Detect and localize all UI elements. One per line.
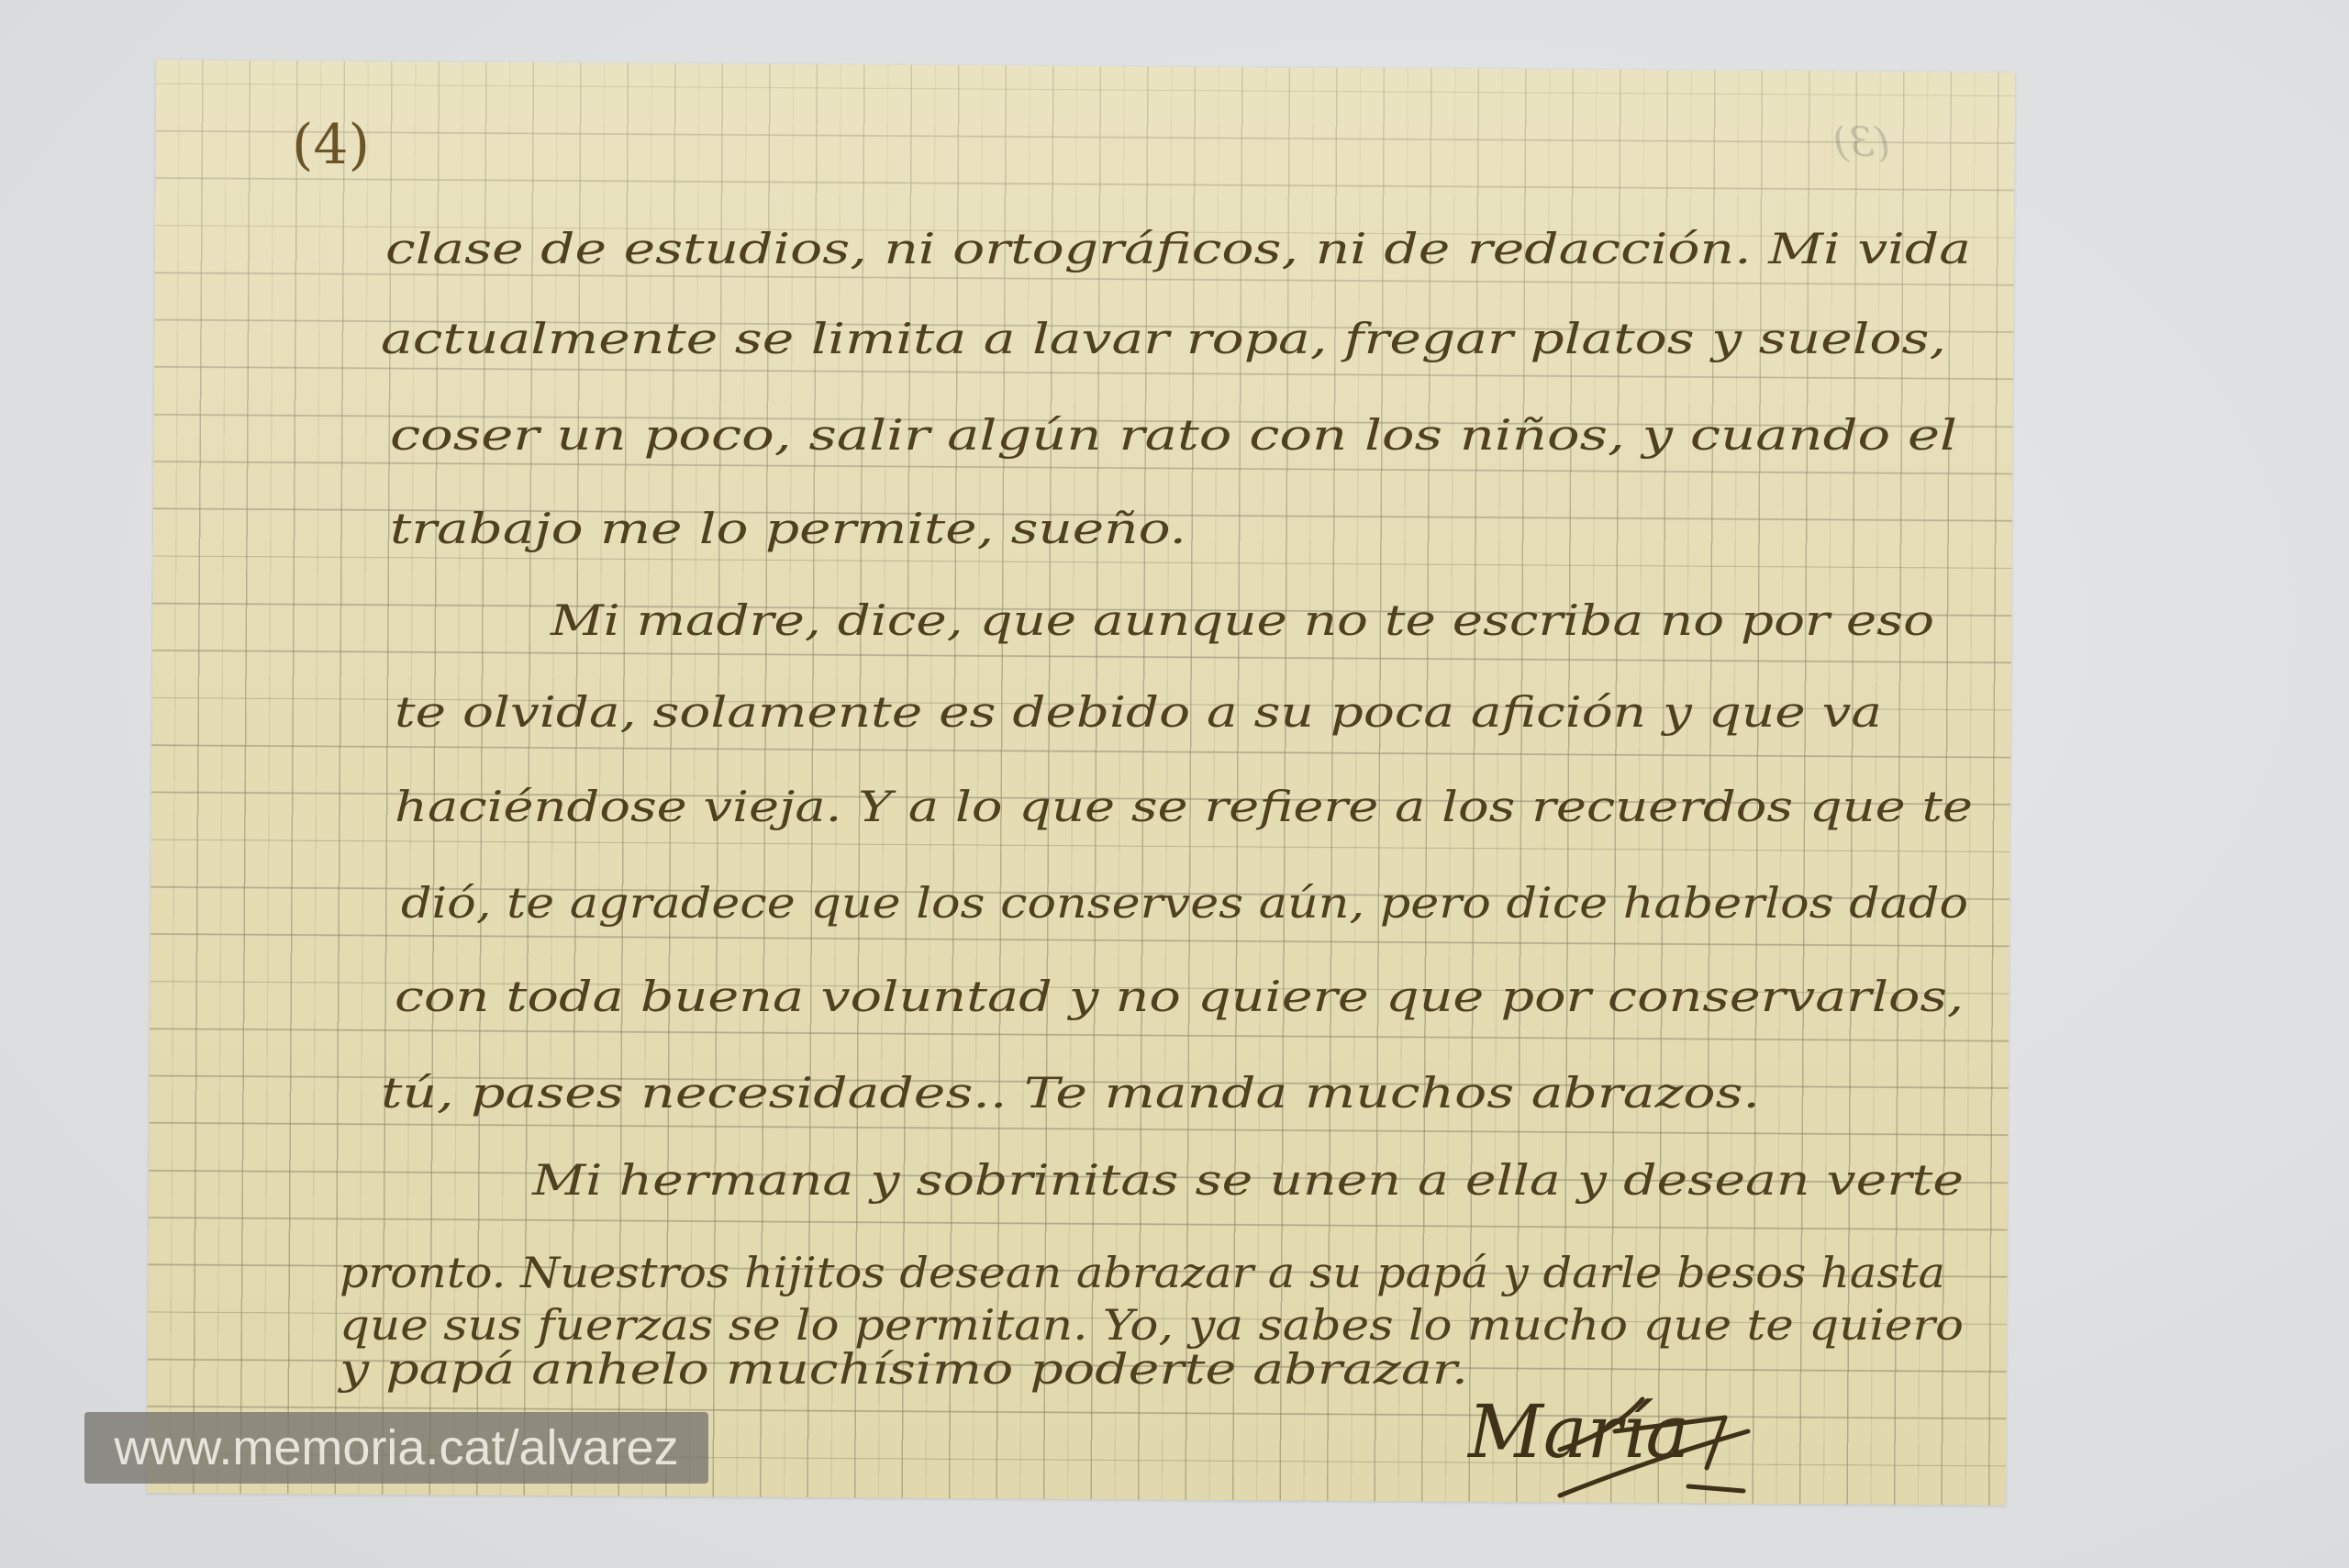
letter-line-6: te olvida, solamente es debido a su poca… xyxy=(395,687,1882,737)
letter-line-4: trabajo me lo permite, sueño. xyxy=(390,504,1186,553)
letter-line-3: coser un poco, salir algún rato con los … xyxy=(390,410,1957,460)
letter-line-14: y papá anhelo muchísimo poderte abrazar. xyxy=(338,1344,1468,1394)
watermark-text: www.memoria.cat/alvarez xyxy=(114,1419,678,1476)
watermark-banner: www.memoria.cat/alvarez xyxy=(84,1412,708,1484)
handwriting-layer: (3) (4) clase de estudios, ni ortográfic… xyxy=(0,0,2349,1568)
letter-line-7: haciéndose vieja. Y a lo que se refiere … xyxy=(395,782,1973,831)
scanned-letter-scene: (3) (4) clase de estudios, ni ortográfic… xyxy=(0,0,2349,1568)
page-number: (4) xyxy=(292,113,370,177)
letter-line-5: Mi madre, dice, que aunque no te escriba… xyxy=(550,595,1934,645)
letter-line-2: actualmente se limita a lavar ropa, freg… xyxy=(381,314,1946,363)
bleed-through-page-number: (3) xyxy=(1833,119,1890,166)
letter-line-11: Mi hermana y sobrinitas se unen a ella y… xyxy=(531,1155,1964,1205)
letter-line-9: con toda buena voluntad y no quiere que … xyxy=(395,972,1964,1021)
letter-line-12: pronto. Nuestros hijitos desean abrazar … xyxy=(340,1248,1945,1297)
letter-line-1: clase de estudios, ni ortográficos, ni d… xyxy=(385,224,1971,273)
letter-line-8: dió, te agradece que los conserves aún, … xyxy=(401,878,1968,928)
letter-line-10: tú, pases necesidades.. Te manda muchos … xyxy=(381,1068,1760,1118)
letter-line-13: que sus fuerzas se lo permitan. Yo, ya s… xyxy=(340,1300,1964,1350)
